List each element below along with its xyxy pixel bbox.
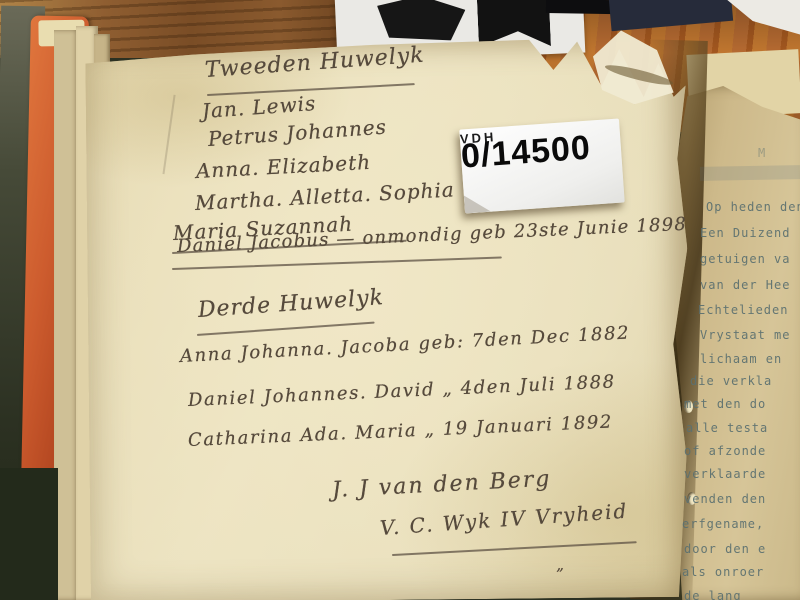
label-corner-fold	[464, 194, 491, 214]
table-surface-corner	[0, 468, 58, 600]
typed-line: Een Duizend	[700, 226, 790, 240]
archive-label: 0/14500 VDH	[459, 119, 624, 214]
typed-line: alle testa	[686, 421, 768, 435]
typed-line: getuigen va	[700, 252, 790, 266]
typed-line: van der Hee	[700, 278, 790, 292]
typed-line: verklaarde	[684, 467, 766, 481]
typed-line: erfgename,	[682, 517, 764, 531]
typed-line: Vrystaat me	[700, 328, 790, 342]
typed-line: venden den	[684, 492, 766, 506]
typed-line: als onroer	[682, 565, 764, 579]
typed-line: lichaam en	[700, 352, 782, 366]
typed-header-fragment: M	[758, 146, 766, 160]
typed-line: Op heden den	[706, 200, 800, 214]
ditto-mark: „	[556, 556, 566, 574]
typed-line: die verkla	[690, 374, 772, 388]
typed-line: de lang	[684, 589, 742, 600]
archive-photo-scene: Tweeden Huwelyk Jan. Lewis Petrus Johann…	[0, 0, 800, 600]
typed-line: door den e	[684, 542, 766, 556]
typed-smudge	[700, 165, 800, 181]
archive-label-code: VDH	[459, 129, 496, 147]
typed-line: of afzonde	[684, 444, 766, 458]
printed-glyph-shape	[377, 0, 467, 44]
typed-line: met den do	[684, 397, 766, 411]
typed-line: Echtelieden	[698, 303, 788, 317]
